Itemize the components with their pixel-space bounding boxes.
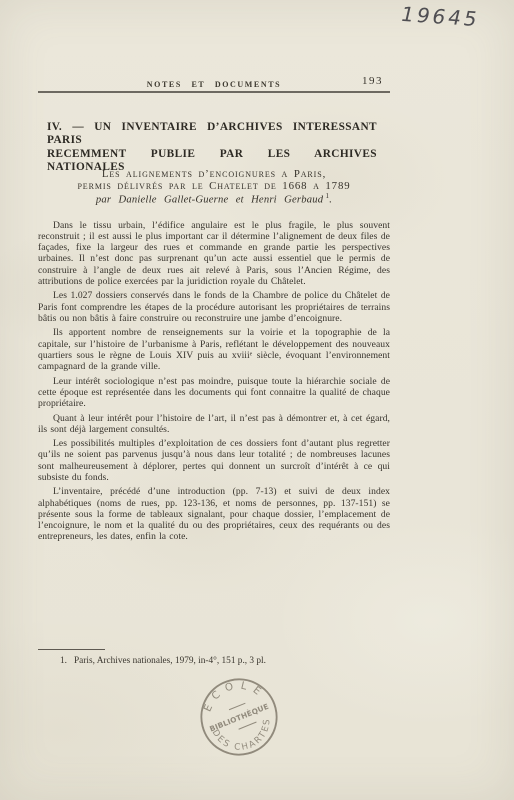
library-stamp: ECOLE BIBLIOTHÈQUE DES CHARTES [191,669,288,766]
paragraph: Dans le tissu urbain, l’édifice angulair… [38,220,390,287]
paragraph: Quant à leur intérêt pour l’histoire de … [38,413,390,435]
paragraph: L’inventaire, précédé d’une introduction… [38,486,390,542]
handwritten-accession-number: 19645 [399,2,483,31]
footnote: 1.Paris, Archives nationales, 1979, in-4… [38,656,390,666]
article-subtitle-line2: permis délivrés par le Chatelet de 1668 … [38,180,390,192]
article-title: IV. — UN INVENTAIRE D’ARCHIVES INTERESSA… [47,121,377,175]
byline-text: par Danielle Gallet-Guerne et Henri Gerb… [96,195,323,206]
paragraph: Ils apportent nombre de renseignements s… [38,327,390,372]
paragraph: Les 1.027 dossiers conservés dans le fon… [38,290,390,323]
byline-period: . [329,195,332,206]
running-header-title: NOTES ET DOCUMENTS [38,80,390,89]
article-subtitle-line1: Les alignements d’encoignures a Paris, [38,168,390,180]
footnote-number: 1. [60,656,67,666]
byline: par Danielle Gallet-Guerne et Henri Gerb… [38,192,390,206]
paragraph: Leur intérêt sociologique n’est pas moin… [38,376,390,409]
stamp-lower-line [239,722,257,729]
article-title-line1: IV. — UN INVENTAIRE D’ARCHIVES INTERESSA… [47,121,377,148]
scanned-journal-page: 19645 NOTES ET DOCUMENTS 193 IV. — UN IN… [0,0,514,800]
footnote-rule [38,649,105,650]
page-number: 193 [362,75,383,87]
footnote-text: Paris, Archives nationales, 1979, in-4°,… [74,656,266,666]
stamp-upper-line [229,703,245,710]
article-body: Dans le tissu urbain, l’édifice angulair… [38,220,390,546]
header-rule [38,91,390,93]
paragraph: Les possibilités multiples d’exploitatio… [38,438,390,483]
